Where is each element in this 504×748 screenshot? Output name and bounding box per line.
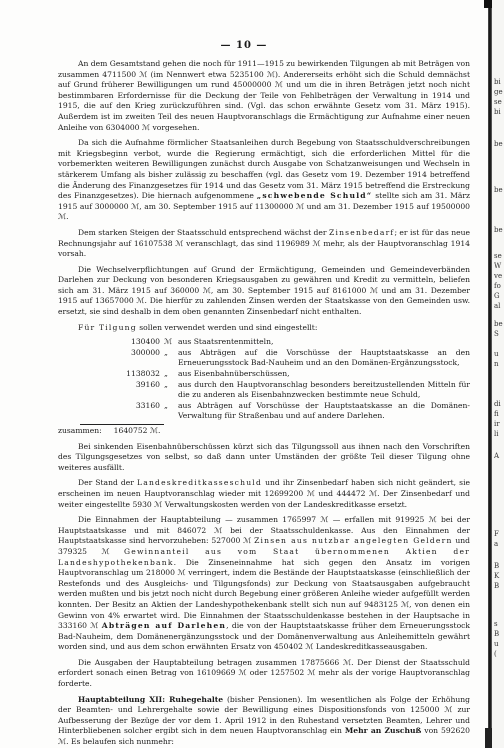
tilgung-list: 130400 ℳ aus Staatsrentenmitteln, 300000… (58, 337, 470, 436)
emphasis-loan-repayments: Abträgen auf Darlehen (102, 621, 226, 630)
adjacent-page-text-fragment: ( (494, 650, 497, 659)
emphasis-interest-income: Zinsen aus nutzbar angelegten Geldern (254, 536, 452, 545)
adjacent-page-text-fragment: u (494, 640, 499, 649)
emphasis-floating-debt: „schwebende Schuld“ (257, 191, 373, 200)
adjacent-page-text-fragment: s (494, 620, 498, 629)
gutter-shadow-bottom (485, 728, 492, 748)
adjacent-page-text-fragment: be (494, 226, 503, 235)
adjacent-page-text-fragment: a (494, 540, 498, 549)
paragraph-pensions: Hauptabteilung XII: Ruhegehalte (bisher … (58, 695, 470, 748)
adjacent-page-text-fragment: be (494, 140, 503, 149)
gutter-shadow-top (484, 0, 492, 8)
page-number: — 10 — (0, 40, 488, 51)
paragraph-debt-repayment: An dem Gesamtstand gehen die noch für 19… (58, 59, 470, 133)
adjacent-page-text-fragment: S (494, 330, 499, 339)
adjacent-page-text-fragment: ve (494, 272, 502, 281)
adjacent-page-text-fragment: se (494, 98, 502, 107)
adjacent-page-text-fragment: B (494, 630, 499, 639)
paragraph-revenues: Die Einnahmen der Hauptabteilung — zusam… (58, 515, 470, 653)
adjacent-page-text-fragment: al (494, 302, 500, 311)
adjacent-page-text-fragment: B (494, 582, 499, 591)
adjacent-page-text-fragment: n (494, 360, 499, 369)
tilgung-item: 1138032 „ aus Eisenbahnüberschüssen, (58, 369, 470, 380)
paragraph-railway-surplus: Bei sinkenden Eisenbahnüberschüssen kürz… (58, 442, 470, 474)
tilgung-heading: Für Tilgung sollen verwendet werden und … (58, 323, 470, 334)
adjacent-page-text-fragment: ge (494, 88, 503, 97)
adjacent-page-text-fragment: B (494, 562, 499, 571)
paragraph-floating-debt: Da sich die Aufnahme förmlicher Staatsan… (58, 138, 470, 223)
paragraph-expenditures: Die Ausgaben der Hauptabteilung betragen… (58, 658, 470, 690)
paragraph-bill-obligations: Die Wechselverpflichtungen auf Grund der… (58, 265, 470, 318)
page-body: An dem Gesamtstand gehen die noch für 19… (58, 59, 470, 748)
tilgung-item: 130400 ℳ aus Staatsrentenmitteln, (58, 337, 470, 348)
adjacent-page-text-fragment: be (494, 186, 503, 195)
adjacent-page-text-fragment: di (494, 400, 501, 409)
adjacent-page-text-fragment: K (494, 572, 499, 581)
sum-rule-divider (80, 424, 164, 425)
adjacent-page-text-fragment: fi (494, 410, 499, 419)
adjacent-page-edge: bigesebibebebeseWvefoGalbeSundifiirliAFa… (492, 0, 504, 748)
emphasis-interest: Zinsenbedarf (329, 228, 394, 237)
adjacent-page-text-fragment: be (494, 320, 503, 329)
emphasis-subsidy: Mehr an Zuschuß (345, 726, 421, 735)
tilgung-item: 300000 „ aus Abträgen auf die Vorschüsse… (58, 348, 470, 369)
tilgung-total: zusammen:1640752 ℳ. (58, 426, 470, 437)
adjacent-page-text-fragment: A (494, 452, 499, 461)
adjacent-page-text-fragment: ir (494, 420, 500, 429)
adjacent-page-text-fragment: se (494, 252, 502, 261)
adjacent-page-text-fragment: bi (494, 78, 501, 87)
adjacent-page-text-fragment: fo (494, 282, 501, 291)
adjacent-page-text-fragment: F (494, 530, 499, 539)
tilgung-item: 39160 „ aus durch den Hauptvoranschlag b… (58, 380, 470, 401)
adjacent-page-text-fragment: G (494, 292, 500, 301)
emphasis-land-credit: Landeskreditkasseschuld (137, 478, 262, 487)
paragraph-land-credit: Der Stand der Landeskreditkasseschuld un… (58, 478, 470, 510)
adjacent-page-text-fragment: li (494, 430, 498, 439)
adjacent-page-text-fragment: W (494, 262, 501, 271)
adjacent-page-text-fragment: u (494, 350, 499, 359)
document-page: — 10 — An dem Gesamtstand gehen die noch… (0, 0, 488, 748)
paragraph-interest-need: Dem starken Steigen der Staatsschuld ent… (58, 228, 470, 260)
tilgung-item: 33160 „ aus Abträgen auf Vorschüsse der … (58, 401, 470, 422)
section-heading-pensions: Hauptabteilung XII: Ruhegehalte (78, 695, 223, 704)
adjacent-page-text-fragment: bi (494, 108, 501, 117)
